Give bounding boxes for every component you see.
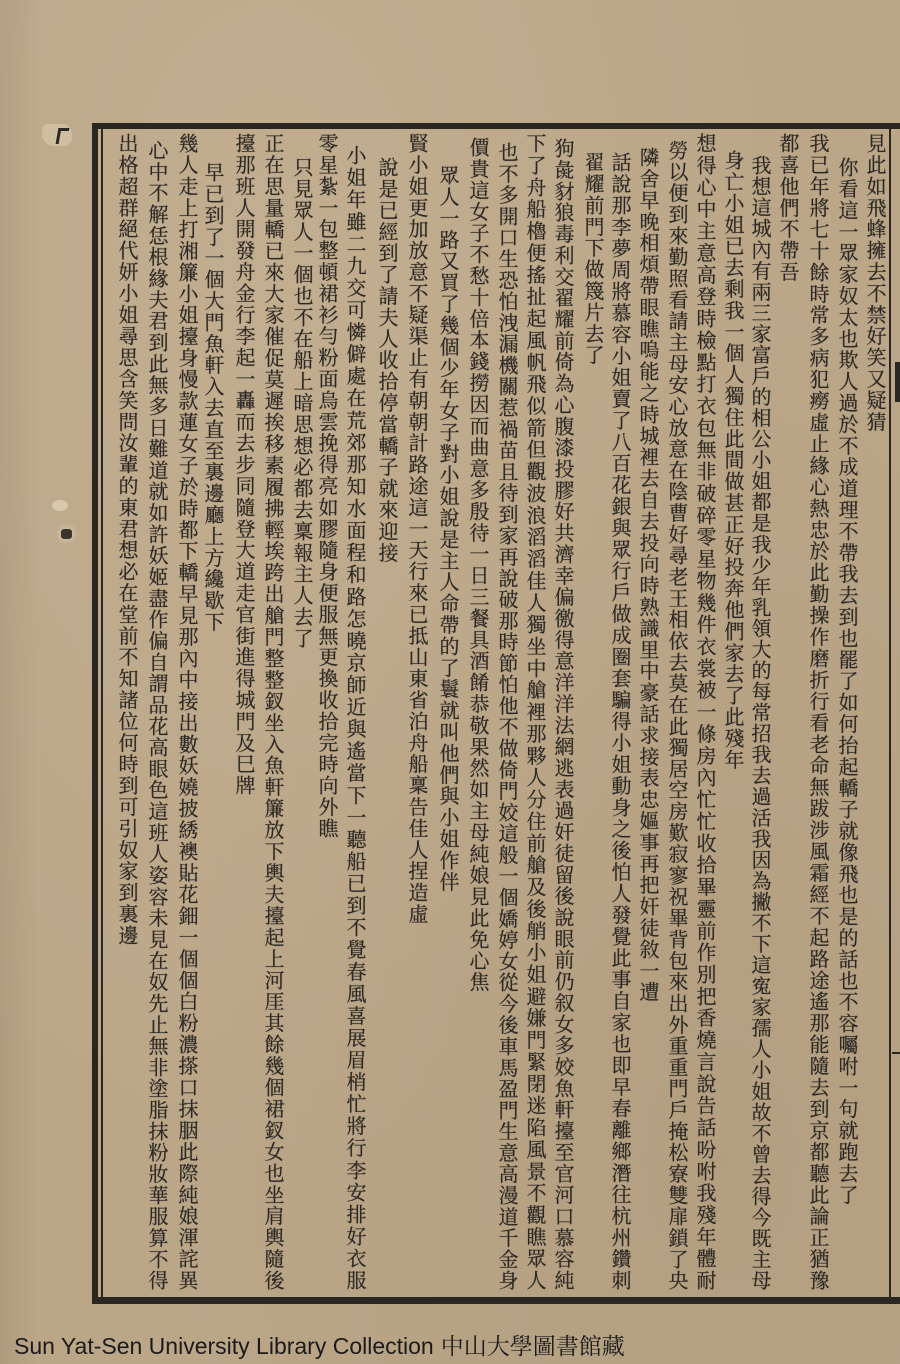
frame-right-rule xyxy=(889,129,891,1298)
text-column: 也不多開口生恐怕洩漏機關惹禍苗且待到家再說破那時節怕他不做倚門姣這般一個嬌婷女從… xyxy=(494,142,520,1290)
text-column: 擡那班人開發舟金行李起一轟而去步同隨登大道走官街進得城門及巳牌 xyxy=(231,133,257,796)
text-column: 早已到了一個大門魚軒入去直至裏邊廳上方纔歇下 xyxy=(200,162,226,633)
scanned-book-page: 見此如飛蜂擁去不禁好笑又疑猜 你看這一眾家奴太也欺人過於不成道理不帶我去到也罷了… xyxy=(0,0,900,1364)
text-column: 狗彘豺狼毒利交翟耀前倚為心腹漆投膠好共濟幸偏徼得意洋洋法網逃表過奸徒留後說眼前仍… xyxy=(550,138,576,1290)
text-column: 幾人走上打湘簾小姐擡身慢款蓮女子於時都下轎早見那內中接出數妖嬈披綉襖貼花鈿一個個… xyxy=(174,133,200,1290)
frame-bottom-border xyxy=(92,1297,900,1304)
text-column: 隣舍早晚相煩帶眼瞧嗚能之時城裡去自去投向時熟識里中豪話求接表忠嫗事再把奸徒敘一遭 xyxy=(635,147,661,1003)
text-column: 翟耀前門下做篾片去了 xyxy=(580,152,606,366)
text-column: 想得心中主意高登時檢點打衣包無非破碎零星物幾件衣裳被一條房內忙忙收拾畢靈前作別把… xyxy=(692,133,718,1290)
text-column: 我想這城內有兩三家富戶的相公小姐都是我少年乳領大的每常招我去過活我因為撇不下這寃… xyxy=(747,155,773,1290)
text-column: 勞以便到來勤照看請主母安心放意在陰曹好尋老王相依去莫在此獨居空房歎寂寥祝畢背包來… xyxy=(664,140,690,1290)
text-column: 都喜他們不帶吾 xyxy=(775,133,801,283)
frame-left-border xyxy=(92,123,98,1304)
text-column: 說是已經到了請夫人收拾停當轎子就來迎接 xyxy=(374,157,400,564)
text-column: 小姐年雖二九交可憐僻處在荒郊那知水面程和路怎曉京師近與遙當下一聽船已到不覺春風喜… xyxy=(342,145,368,1290)
text-column: 下了舟船櫓便搖扯起風帆飛似箭但觀波浪滔滔佳人獨坐中艙裡那夥人分住前艙及後艄小姐避… xyxy=(522,133,548,1290)
frame-top-border xyxy=(92,123,900,129)
collection-credit-zh: 中山大學圖書館藏 xyxy=(441,1333,625,1359)
text-column: 價貴這女子不愁十倍本錢撈因而曲意多殷待一日三餐具酒餚恭敬果然如主母純娘見此免心焦 xyxy=(465,137,491,993)
text-column: 賢小姐更加放意不疑渠止有朝朝計路途這一天行來已抵山東省泊舟船稟告佳人捏造虛 xyxy=(404,133,430,925)
text-column: 話說那李夢周將慕容小姐賣了八百花銀與眾行戶做成圈套騙得小姐動身之後怕人發覺此事自… xyxy=(607,152,633,1290)
collection-credit: Sun Yat-Sen University Library Collectio… xyxy=(14,1332,625,1360)
text-column: 零星紮一包整頓裙衫勻粉面烏雲挽得亮如膠隨身便服無更換收拾完時向外瞧 xyxy=(314,133,340,839)
paper-hole-dark xyxy=(61,529,72,539)
text-column: 身亡小姐已去剩我一個人獨住此間做甚正好投奔他們家去了此殘年 xyxy=(720,150,746,771)
text-column: 你看這一眾家奴太也欺人過於不成道理不帶我去到也罷了如何抬起轎子就像飛也是的話也不… xyxy=(834,157,860,1206)
text-column: 我已年將七十餘時常多病犯癆虛止緣心熱忠於此勤操作磨折行看老命無跋涉風霜經不起路途… xyxy=(805,133,831,1290)
paper-hole-light xyxy=(52,500,68,511)
fishtail-fold-mark xyxy=(895,362,900,402)
text-column: 心中不解恁根緣夫君到此無多日難道就如許妖姬盡作偏自謂品花高眼色這班人姿容未見在奴… xyxy=(144,140,170,1290)
frame-left-inner-rule xyxy=(101,129,103,1298)
text-column: 正在思量轎已來大家催促莫遲挨移素履拂輕埃跨出艙門整整釵坐入魚軒簾放下輿夫擡起上河… xyxy=(260,133,286,1290)
text-column: 眾人一路又買了幾個少年女子對小姐說是主人命帶的了鬟就叫他們與小姐作伴 xyxy=(435,165,461,893)
margin-tick xyxy=(892,1052,900,1054)
text-column: 只見眾人一個也不在船上暗思想必都去稟報主人去了 xyxy=(289,157,315,649)
text-column: 出格超群絕代妍小姐尋思含笑問汝輩的東君想必在堂前不知諸位何時到可引奴家到裏邊 xyxy=(114,133,140,946)
text-column: 見此如飛蜂擁去不禁好笑又疑猜 xyxy=(862,133,888,433)
collection-credit-en: Sun Yat-Sen University Library Collectio… xyxy=(14,1333,434,1359)
